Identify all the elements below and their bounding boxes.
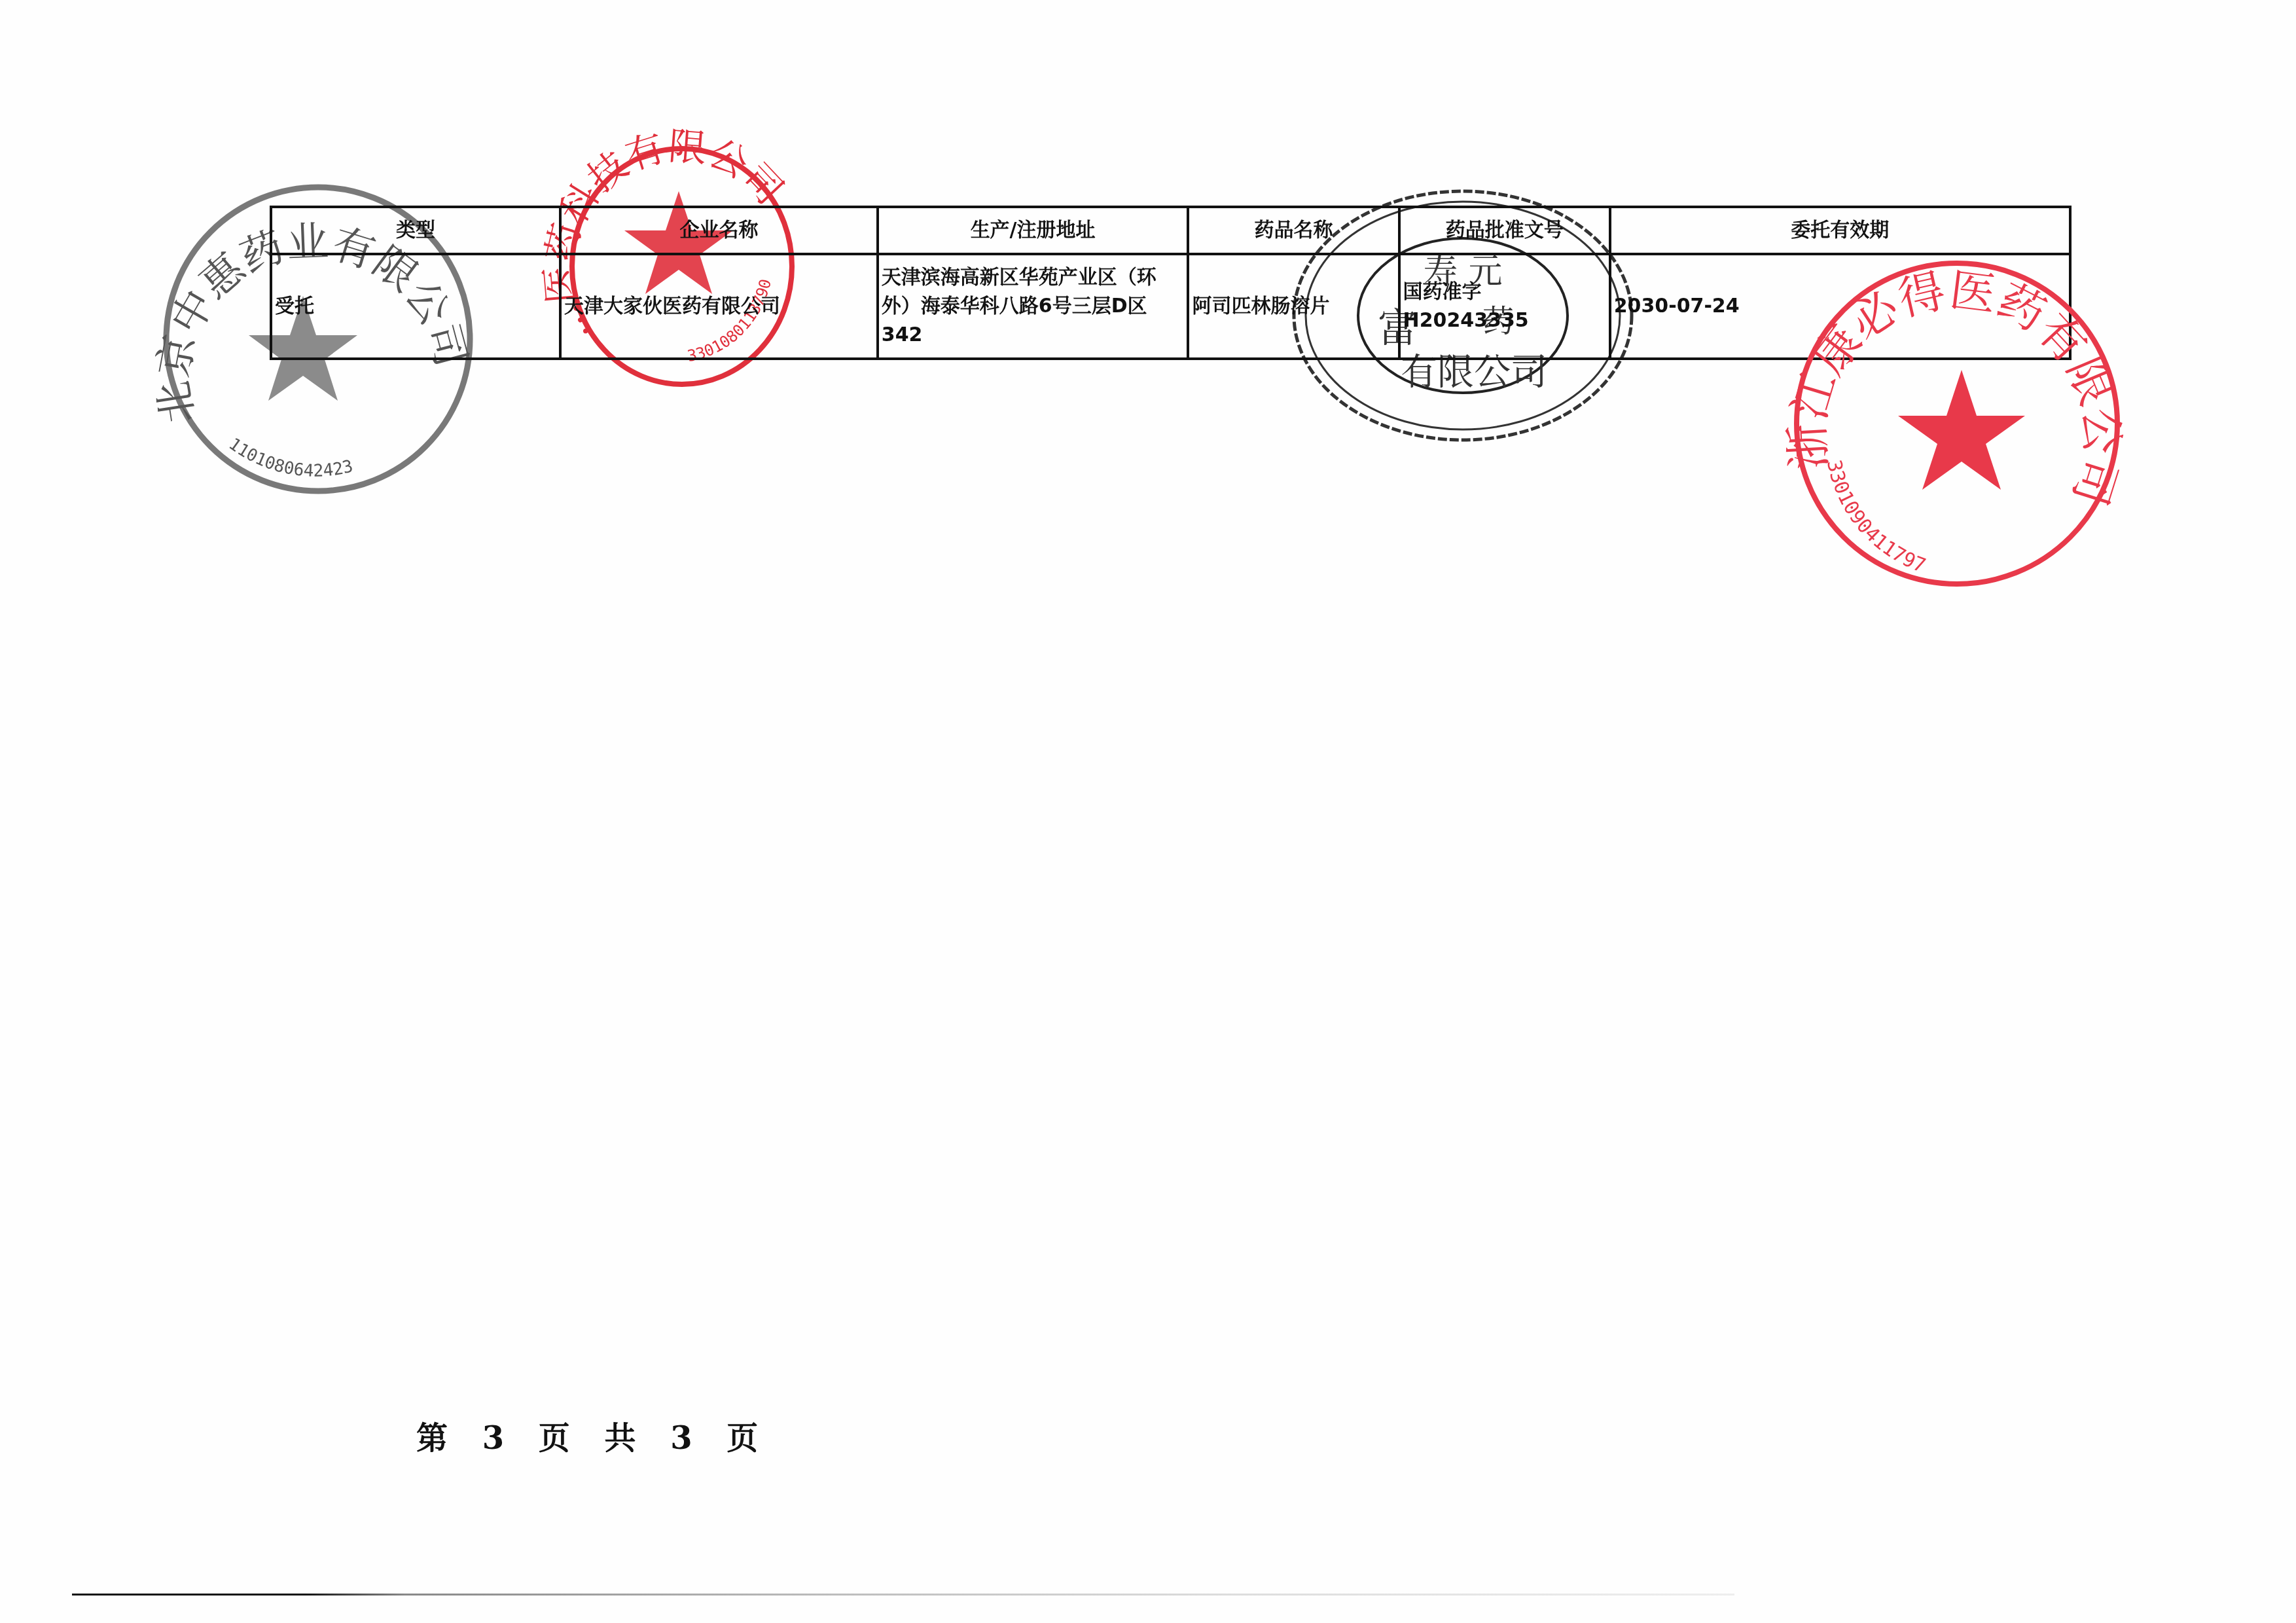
entrustment-table: 类型 企业名称 生产/注册地址 药品名称 药品批准文号 委托有效期 受托 天津大… [270,206,2072,360]
document-page: 北京中惠药业有限公司 1101080642423 ...医药科技有限公司 330… [0,0,2296,1623]
header-drug-name: 药品名称 [1188,207,1399,254]
svg-text:1101080642423: 1101080642423 [225,434,355,481]
header-type: 类型 [271,207,560,254]
header-company: 企业名称 [560,207,878,254]
table-header-row: 类型 企业名称 生产/注册地址 药品名称 药品批准文号 委托有效期 [271,207,2070,254]
seal-code: 1101080642423 [225,434,355,481]
cell-drug-name: 阿司匹林肠溶片 [1188,254,1399,359]
header-address: 生产/注册地址 [878,207,1189,254]
cell-address: 天津滨海高新区华苑产业区（环外）海泰华科八路6号三层D区342 [878,254,1189,359]
cell-company: 天津大家伙医药有限公司 [560,254,878,359]
page-indicator: 第 3 页 共 3 页 [416,1413,770,1458]
header-valid-until: 委托有效期 [1610,207,2070,254]
cell-approval-no: 国药准字H20243335 [1399,254,1610,359]
footer-rule [72,1594,1734,1596]
cell-valid-until: 2030-07-24 [1610,254,2070,359]
table-row: 受托 天津大家伙医药有限公司 天津滨海高新区华苑产业区（环外）海泰华科八路6号三… [271,254,2070,359]
cell-type: 受托 [271,254,560,359]
seal-code: 3301090411797 [1822,458,1929,577]
svg-text:3301090411797: 3301090411797 [1822,458,1929,577]
header-approval-no: 药品批准文号 [1399,207,1610,254]
